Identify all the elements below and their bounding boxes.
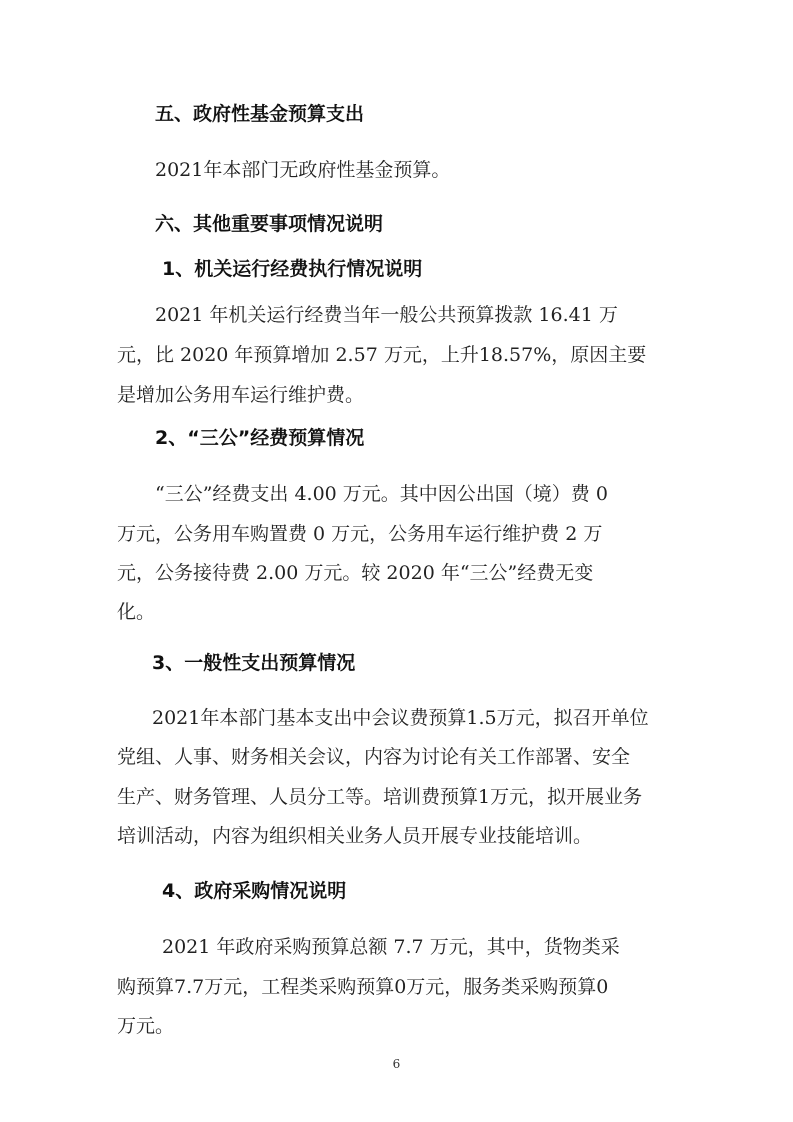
- heading-other-matters: 六、其他重要事项情况说明: [155, 212, 383, 236]
- paragraph-procurement-line3: 万元。: [117, 1014, 174, 1038]
- paragraph-three-public-line1: “三公”经费支出 4.00 万元。其中因公出国（境）费 0: [155, 482, 608, 506]
- subheading-general-expenditure: 3、一般性支出预算情况: [152, 651, 355, 675]
- paragraph-procurement-line2: 购预算7.7万元，工程类采购预算0万元，服务类采购预算0: [117, 975, 608, 999]
- paragraph-operating-expenses-line1: 2021 年机关运行经费当年一般公共预算拨款 16.41 万: [155, 303, 618, 327]
- paragraph-three-public-line2: 万元，公务用车购置费 0 万元，公务用车运行维护费 2 万: [117, 522, 602, 546]
- paragraph-three-public-line4: 化。: [117, 600, 155, 624]
- page-number: 6: [0, 1057, 793, 1071]
- paragraph-operating-expenses-line3: 是增加公务用车运行维护费。: [117, 383, 364, 407]
- paragraph-general-expenditure-line2: 党组、人事、财务相关会议，内容为讨论有关工作部署、安全: [117, 745, 630, 769]
- paragraph-general-expenditure-line4: 培训活动，内容为组织相关业务人员开展专业技能培训。: [117, 824, 592, 848]
- subheading-operating-expenses: 1、机关运行经费执行情况说明: [162, 257, 422, 281]
- subheading-procurement: 4、政府采购情况说明: [162, 879, 346, 903]
- paragraph-procurement-line1: 2021 年政府采购预算总额 7.7 万元，其中，货物类采: [162, 935, 620, 959]
- subheading-three-public: 2、“三公”经费预算情况: [155, 426, 364, 450]
- paragraph-three-public-line3: 元，公务接待费 2.00 万元。较 2020 年“三公”经费无变: [117, 561, 593, 585]
- heading-government-fund: 五、政府性基金预算支出: [155, 102, 364, 126]
- paragraph-government-fund: 2021年本部门无政府性基金预算。: [155, 158, 450, 182]
- paragraph-operating-expenses-line2: 元，比 2020 年预算增加 2.57 万元，上升18.57%，原因主要: [117, 343, 646, 367]
- paragraph-general-expenditure-line3: 生产、财务管理、人员分工等。培训费预算1万元，拟开展业务: [117, 785, 642, 809]
- paragraph-general-expenditure-line1: 2021年本部门基本支出中会议费预算1.5万元，拟召开单位: [152, 706, 649, 730]
